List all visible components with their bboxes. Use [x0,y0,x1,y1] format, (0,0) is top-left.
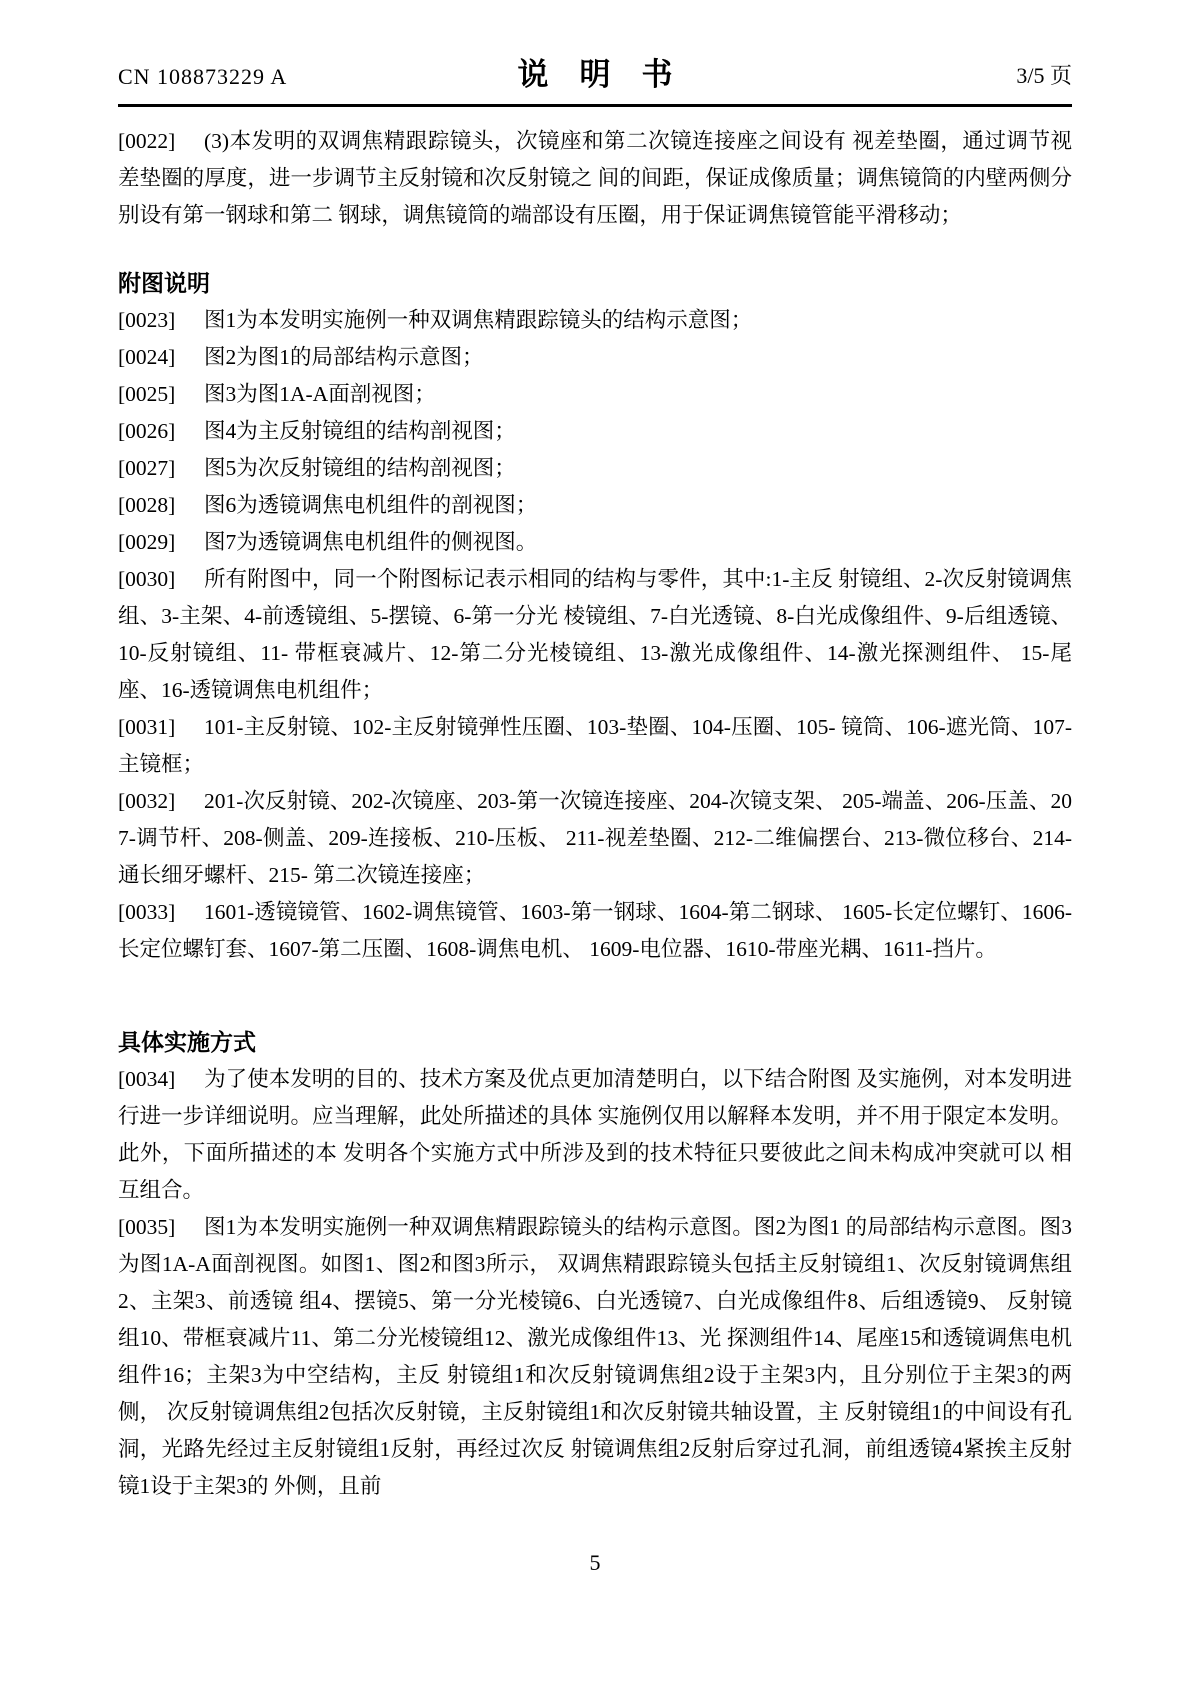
page-number: 5 [590,1550,601,1575]
paragraph-0025: [0025]图3为图1A-A面剖视图； [118,376,1072,413]
paragraph-0027: [0027]图5为次反射镜组的结构剖视图； [118,450,1072,487]
paragraph-0030: [0030]所有附图中，同一个附图标记表示相同的结构与零件，其中:1-主反 射镜… [118,561,1072,709]
paragraph-text: 图6为透镜调焦电机组件的剖视图； [204,493,537,517]
paragraph-text: (3)本发明的双调焦精跟踪镜头，次镜座和第二次镜连接座之间设有 视差垫圈，通过调… [118,129,1072,227]
paragraph-text: 201-次反射镜、202-次镜座、203-第一次镜连接座、204-次镜支架、 2… [118,789,1072,887]
paragraph-0033: [0033]1601-透镜镜管、1602-调焦镜管、1603-第一钢球、1604… [118,894,1072,968]
paragraph-number: [0034] [118,1061,204,1098]
page-indicator: 3/5 页 [1016,59,1072,90]
paragraph-number: [0025] [118,376,204,413]
paragraph-number: [0027] [118,450,204,487]
paragraph-text: 图1为本发明实施例一种双调焦精跟踪镜头的结构示意图。图2为图1 的局部结构示意图… [118,1215,1072,1498]
paragraph-0024: [0024]图2为图1的局部结构示意图； [118,339,1072,376]
paragraph-text: 1601-透镜镜管、1602-调焦镜管、1603-第一钢球、1604-第二钢球、… [118,900,1072,961]
paragraph-0034: [0034]为了使本发明的目的、技术方案及优点更加清楚明白，以下结合附图 及实施… [118,1061,1072,1209]
page-header: CN 108873229 A 说 明 书 3/5 页 [118,0,1072,104]
paragraph-number: [0035] [118,1209,204,1246]
paragraph-number: [0029] [118,524,204,561]
publication-number: CN 108873229 A [118,64,287,90]
paragraph-number: [0026] [118,413,204,450]
page-footer: 5 [0,1550,1190,1576]
paragraph-text: 图1为本发明实施例一种双调焦精跟踪镜头的结构示意图； [204,308,752,332]
document-body: [0022](3)本发明的双调焦精跟踪镜头，次镜座和第二次镜连接座之间设有 视差… [118,107,1072,1505]
paragraph-0032: [0032]201-次反射镜、202-次镜座、203-第一次镜连接座、204-次… [118,783,1072,894]
paragraph-text: 所有附图中，同一个附图标记表示相同的结构与零件，其中:1-主反 射镜组、2-次反… [118,567,1072,702]
paragraph-number: [0023] [118,302,204,339]
paragraph-number: [0024] [118,339,204,376]
section-heading-detailed-description: 具体实施方式 [118,1024,1072,1061]
paragraph-number: [0022] [118,123,204,160]
paragraph-number: [0030] [118,561,204,598]
paragraph-number: [0028] [118,487,204,524]
paragraph-0028: [0028]图6为透镜调焦电机组件的剖视图； [118,487,1072,524]
paragraph-text: 图5为次反射镜组的结构剖视图； [204,456,516,480]
paragraph-0022: [0022](3)本发明的双调焦精跟踪镜头，次镜座和第二次镜连接座之间设有 视差… [118,123,1072,234]
paragraph-text: 为了使本发明的目的、技术方案及优点更加清楚明白，以下结合附图 及实施例，对本发明… [118,1067,1072,1202]
paragraph-0035: [0035]图1为本发明实施例一种双调焦精跟踪镜头的结构示意图。图2为图1 的局… [118,1209,1072,1505]
paragraph-text: 图3为图1A-A面剖视图； [204,382,436,406]
paragraph-text: 图4为主反射镜组的结构剖视图； [204,419,516,443]
paragraph-text: 101-主反射镜、102-主反射镜弹性压圈、103-垫圈、104-压圈、105-… [118,715,1072,776]
document-title: 说 明 书 [518,49,673,94]
section-heading-figure-description: 附图说明 [118,265,1072,302]
paragraph-0031: [0031]101-主反射镜、102-主反射镜弹性压圈、103-垫圈、104-压… [118,709,1072,783]
patent-specification-page: CN 108873229 A 说 明 书 3/5 页 [0022](3)本发明的… [0,0,1190,1684]
paragraph-0029: [0029]图7为透镜调焦电机组件的侧视图。 [118,524,1072,561]
paragraph-text: 图7为透镜调焦电机组件的侧视图。 [204,530,537,554]
paragraph-text: 图2为图1的局部结构示意图； [204,345,484,369]
paragraph-number: [0033] [118,894,204,931]
paragraph-0026: [0026]图4为主反射镜组的结构剖视图； [118,413,1072,450]
paragraph-number: [0031] [118,709,204,746]
paragraph-number: [0032] [118,783,204,820]
paragraph-0023: [0023]图1为本发明实施例一种双调焦精跟踪镜头的结构示意图； [118,302,1072,339]
